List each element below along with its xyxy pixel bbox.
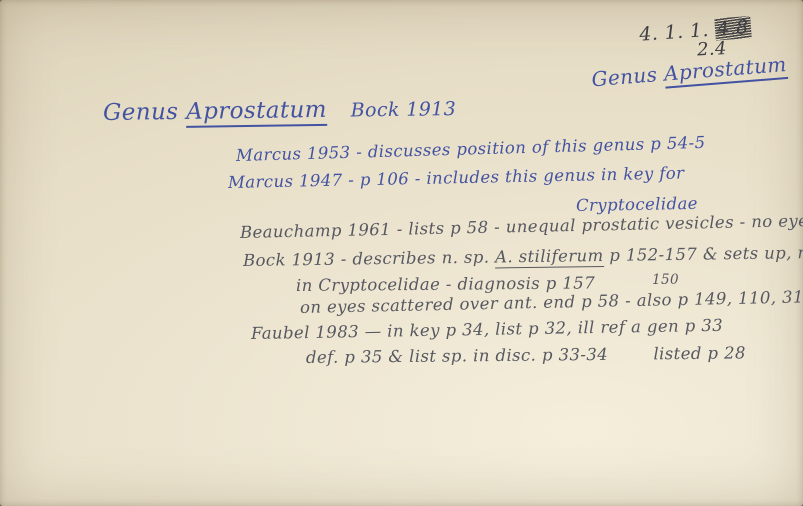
entry-marcus-1947-continuation: Cryptocelidae — [576, 194, 698, 215]
catalog-number: 4. 1. 1. 4.8 — [639, 16, 752, 46]
catalog-number-struck-out: 4.8 — [715, 16, 752, 40]
bock-1913-species-name: A. stiliferum — [495, 246, 604, 269]
card-heading: Genus Aprostatum Bock 1913 — [103, 95, 457, 126]
entry-marcus-1953: Marcus 1953 - discusses position of this… — [236, 133, 706, 165]
corner-genus-name: Aprostatum — [663, 52, 788, 89]
corner-genus-label: Genus Aprostatum — [591, 52, 788, 91]
entry-marcus-1947: Marcus 1947 - p 106 - includes this genu… — [228, 163, 685, 192]
entry-beauchamp-1961: Beauchamp 1961 - lists p 58 - unequal pr… — [240, 211, 803, 242]
index-card: 4. 1. 1. 4.8 2.4 Genus Aprostatum Genus … — [0, 0, 803, 506]
entry-bock-1913: Bock 1913 - describes n. sp. A. stilifer… — [243, 242, 803, 270]
bock-1913-text: Bock 1913 - describes n. sp. — [243, 248, 490, 270]
faubel-1983-listed-text: listed p 28 — [653, 343, 746, 363]
faubel-1983-def-text: def. p 35 & list sp. in disc. p 33-34 — [306, 345, 608, 367]
heading-author-year: Bock 1913 — [351, 98, 457, 121]
heading-genus-word: Genus — [103, 99, 179, 126]
entry-faubel-1983: Faubel 1983 — in key p 34, list p 32, il… — [251, 316, 723, 343]
bock-1913-pages: p 152-157 & sets up, n. genus — [609, 242, 803, 265]
entry-faubel-1983-line2: def. p 35 & list sp. in disc. p 33-34 li… — [306, 343, 746, 367]
corner-genus-prefix: Genus — [591, 62, 659, 91]
heading-genus-name: Aprostatum — [186, 97, 327, 128]
page-note-150: 150 — [652, 272, 679, 288]
